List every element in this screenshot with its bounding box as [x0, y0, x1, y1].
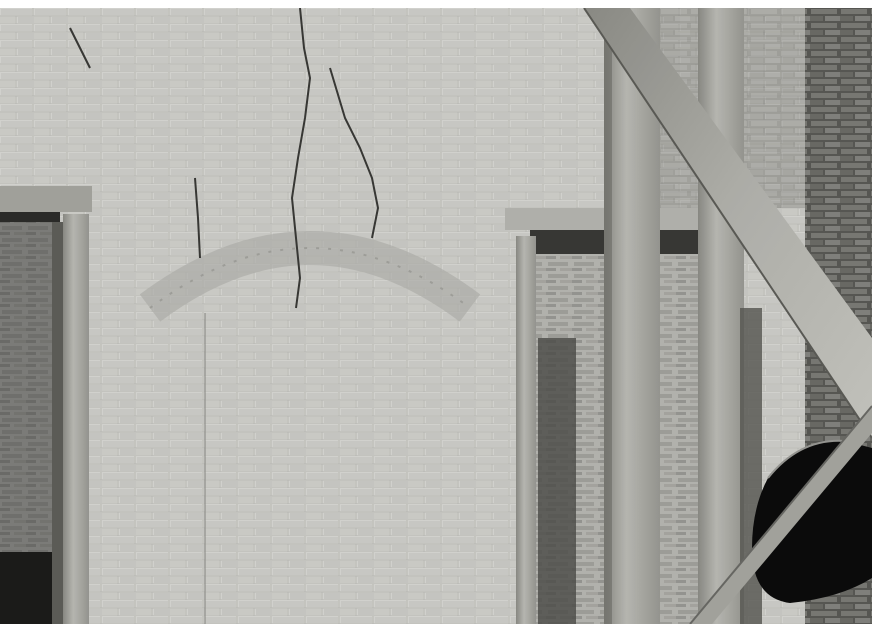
brick-wall-scene: [0, 8, 872, 624]
photograph: [0, 8, 872, 624]
